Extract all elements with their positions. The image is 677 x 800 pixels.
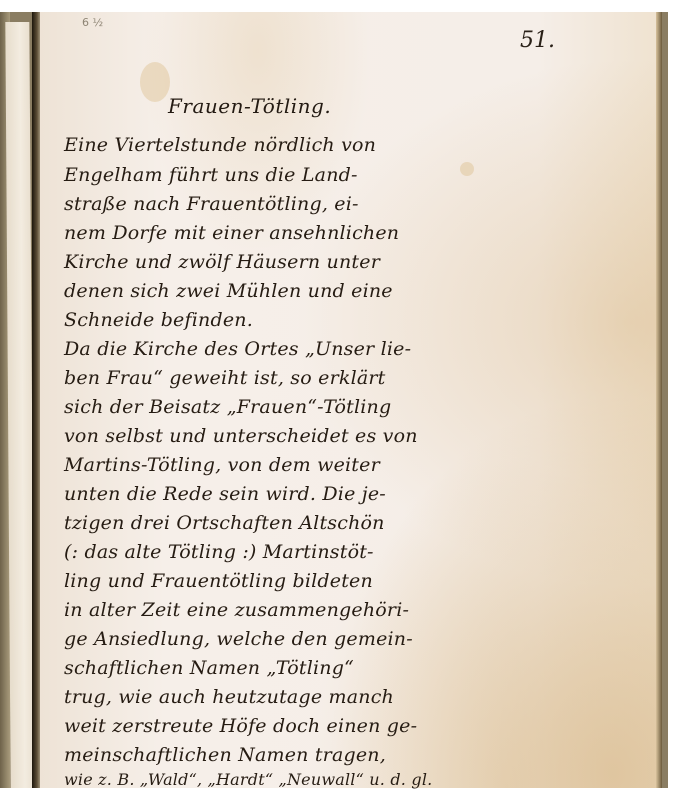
page-number: 51. xyxy=(520,28,555,53)
page-heading: Frauen-Tötling. xyxy=(168,94,331,118)
page-edge xyxy=(656,12,662,788)
text-line: nem Dorfe mit einer ansehnlichen xyxy=(64,222,399,244)
text-line: Schneide befinden. xyxy=(64,309,253,331)
text-line: von selbst und unterscheidet es von xyxy=(64,425,418,447)
text-line: wie z. B. „Wald“, „Hardt“ „Neuwall“ u. d… xyxy=(64,770,432,789)
text-line: Kirche und zwölf Häusern unter xyxy=(64,251,380,273)
text-line: schaftlichen Namen „Tötling“ xyxy=(64,657,354,679)
text-line: ling und Frauentötling bildeten xyxy=(64,570,373,592)
text-line: Eine Viertelstunde nördlich von xyxy=(64,134,376,156)
paper-stain xyxy=(460,162,474,176)
text-line: in alter Zeit eine zusammengehöri- xyxy=(64,599,409,621)
text-line: straße nach Frauentötling, ei- xyxy=(64,193,359,215)
text-line: ben Frau“ geweiht ist, so erklärt xyxy=(64,367,386,389)
text-line: weit zerstreute Höfe doch einen ge- xyxy=(64,715,417,737)
text-line: sich der Beisatz „Frauen“-Tötling xyxy=(64,396,391,418)
text-line: meinschaftlichen Namen tragen, xyxy=(64,744,386,766)
text-line: (: das alte Tötling :) Martinstöt- xyxy=(64,541,374,563)
text-line: denen sich zwei Mühlen und eine xyxy=(64,280,393,302)
pencil-mark: 6 ½ xyxy=(82,16,103,29)
text-line: tzigen drei Ortschaften Altschön xyxy=(64,512,385,534)
text-line: ge Ansiedlung, welche den gemein- xyxy=(64,628,413,650)
text-line: Engelham führt uns die Land- xyxy=(64,164,358,186)
text-line: Martins-Tötling, von dem weiter xyxy=(64,454,380,476)
text-line: Da die Kirche des Ortes „Unser lie- xyxy=(64,338,411,360)
manuscript-scan: 6 ½ 51. Frauen-Tötling. Eine Viertelstun… xyxy=(0,12,668,788)
text-line: unten die Rede sein wird. Die je- xyxy=(64,483,386,505)
manuscript-page: 6 ½ 51. Frauen-Tötling. Eine Viertelstun… xyxy=(40,12,662,788)
text-line: trug, wie auch heutzutage manch xyxy=(64,686,394,708)
previous-page-edge xyxy=(5,22,34,788)
paper-stain xyxy=(140,62,170,102)
